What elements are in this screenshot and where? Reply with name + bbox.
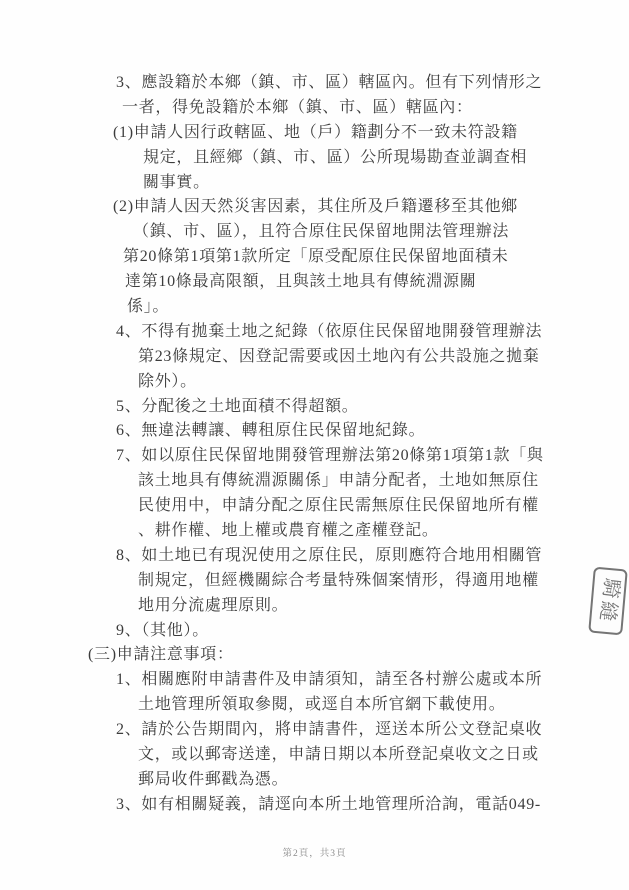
text-line: 、耕作權、地上權或農育權之產權登記。 <box>0 519 629 544</box>
seal-characters: 騎縫 <box>596 577 621 625</box>
text-line: 係」。 <box>0 295 629 320</box>
text-line: (1)申請人因行政轄區、地（戶）籍劃分不一致未符設籍 <box>0 121 629 146</box>
text-line: (2)申請人因天然災害因素，其住所及戶籍遷移至其他鄉 <box>0 195 629 220</box>
text-line: 該土地具有傳統淵源關係」申請分配者，土地如無原住 <box>0 469 629 494</box>
text-line: 民使用中，申請分配之原住民需無原住民保留地所有權 <box>0 494 629 519</box>
text-line: 制規定，但經機關綜合考量特殊個案情形，得適用地權 <box>0 569 629 594</box>
text-line: 文，或以郵寄送達，申請日期以本所登記桌收文之日或 <box>0 743 629 768</box>
text-line: 5、分配後之土地面積不得超額。 <box>0 395 629 420</box>
text-line: 土地管理所領取參閱，或逕自本所官網下載使用。 <box>0 693 629 718</box>
text-line: 6、無違法轉讓、轉租原住民保留地紀錄。 <box>0 419 629 444</box>
text-line: 一者，得免設籍於本鄉（鎮、市、區）轄區內： <box>0 96 629 121</box>
text-line: （鎮、市、區），且符合原住民保留地開法管理辦法 <box>0 220 629 245</box>
text-line: 3、如有相關疑義，請逕向本所土地管理所洽詢，電話049- <box>0 793 629 818</box>
document-body: 3、應設籍於本鄉（鎮、市、區）轄區內。但有下列情形之一者，得免設籍於本鄉（鎮、市… <box>0 71 629 818</box>
text-line: 8、如土地已有現況使用之原住民，原則應符合地用相關管 <box>0 544 629 569</box>
page-footer: 第2頁，共3頁 <box>0 845 629 859</box>
text-line: 達第10條最高限額，且與該土地具有傳統淵源關 <box>0 270 629 295</box>
text-line: 關事實。 <box>0 171 629 196</box>
text-line: 地用分流處理原則。 <box>0 594 629 619</box>
text-line: (三)申請注意事項： <box>0 643 629 668</box>
text-line: 規定，且經鄉（鎮、市、區）公所現場勘查並調查相 <box>0 146 629 171</box>
page-number: 第2頁，共3頁 <box>282 849 346 859</box>
text-line: 郵局收件郵戳為憑。 <box>0 768 629 793</box>
text-line: 除外）。 <box>0 370 629 395</box>
text-line: 1、相關應附申請書件及申請須知，請至各村辦公處或本所 <box>0 668 629 693</box>
text-line: 3、應設籍於本鄉（鎮、市、區）轄區內。但有下列情形之 <box>0 71 629 96</box>
text-line: 4、不得有拋棄土地之紀錄（依原住民保留地開發管理辦法 <box>0 320 629 345</box>
text-line: 9、（其他）。 <box>0 619 629 644</box>
text-line: 第23條規定、因登記需要或因土地內有公共設施之拋棄 <box>0 345 629 370</box>
text-line: 2、請於公告期間內，將申請書件，逕送本所公文登記桌收 <box>0 718 629 743</box>
text-line: 7、如以原住民保留地開發管理辦法第20條第1項第1款「與 <box>0 444 629 469</box>
document-page: 3、應設籍於本鄉（鎮、市、區）轄區內。但有下列情形之一者，得免設籍於本鄉（鎮、市… <box>0 0 629 890</box>
text-line: 第20條第1項第1款所定「原受配原住民保留地面積未 <box>0 245 629 270</box>
page-joint-seal: 騎縫 <box>588 567 628 636</box>
